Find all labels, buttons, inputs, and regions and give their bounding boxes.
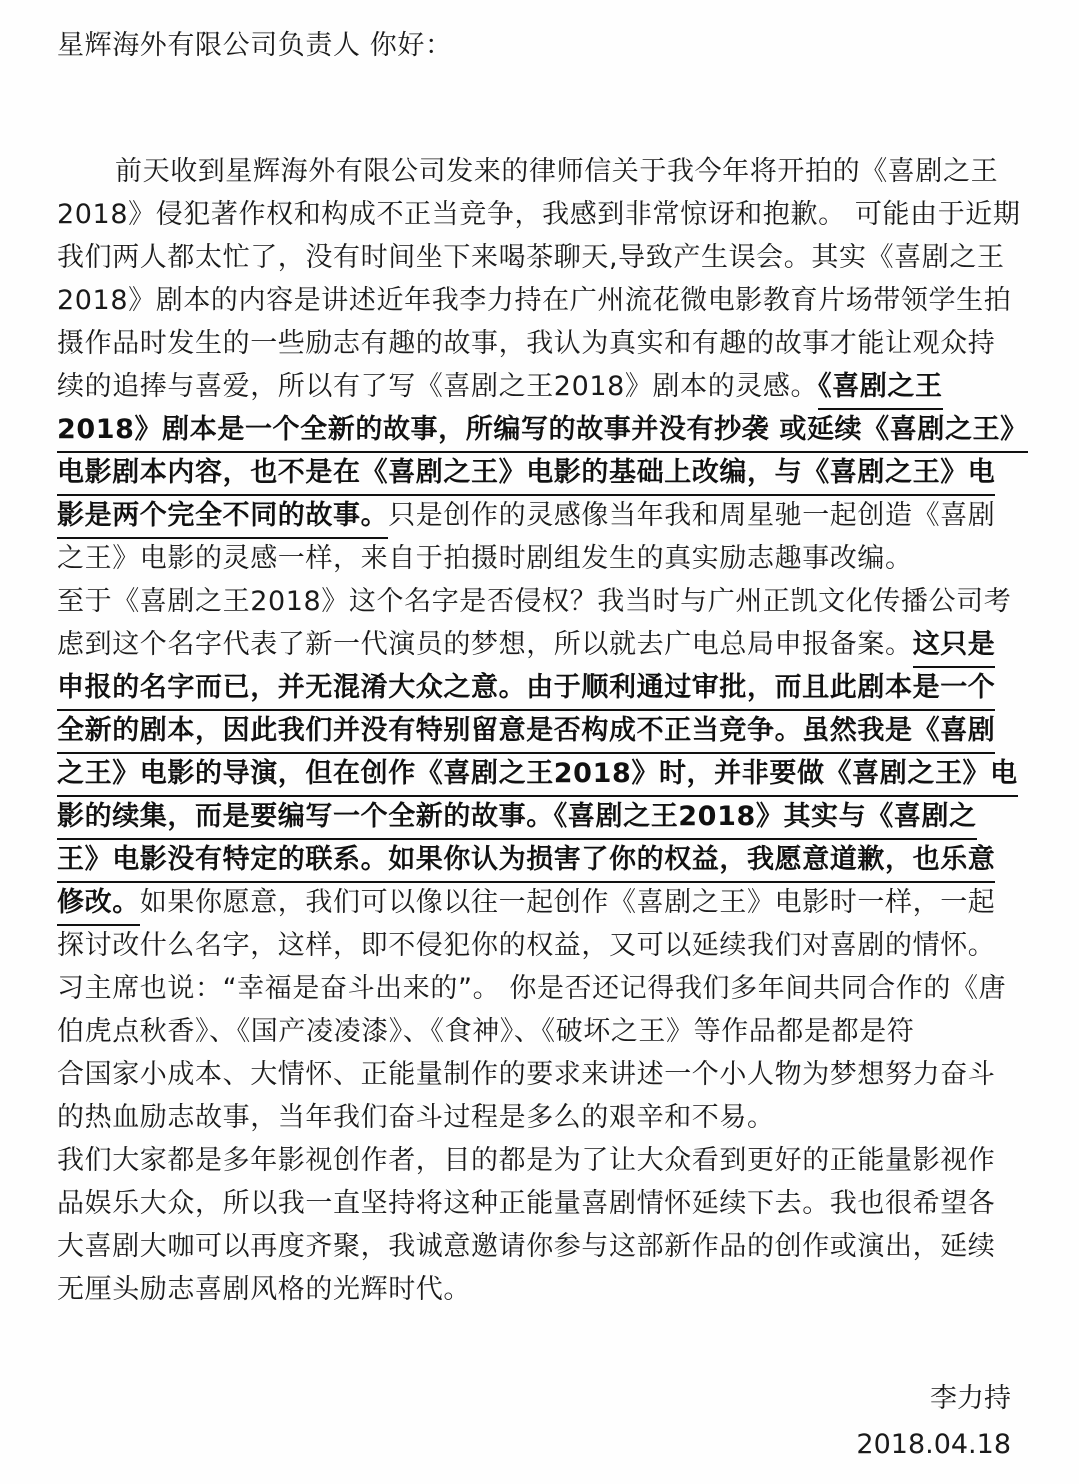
- body-text: 无厘头励志喜剧风格的光辉时代。: [57, 1274, 471, 1305]
- letter-line: 我们大家都是多年影视创作者，目的都是为了让大众看到更好的正能量影视作: [57, 1144, 995, 1178]
- letter-page: 星辉海外有限公司负责人 你好： 前天收到星辉海外有限公司发来的律师信关于我今年将…: [0, 0, 1079, 1484]
- body-text: 合国家小成本、大情怀、正能量制作的要求来讲述一个小人物为梦想努力奋斗: [57, 1059, 995, 1090]
- body-text: 我们两人都太忙了，没有时间坐下来喝茶聊天,导致产生误会。其实《喜剧之王: [57, 242, 1005, 273]
- letter-line: 影是两个完全不同的故事。只是创作的灵感像当年我和周星驰一起创造《喜剧: [57, 499, 995, 533]
- emphasized-text: 2018》剧本是一个全新的故事，所编写的故事并没有抄袭 或延续《喜剧之王》: [57, 414, 1028, 453]
- letter-line: 续的追捧与喜爱，所以有了写《喜剧之王2018》剧本的灵感。《喜剧之王: [57, 370, 943, 404]
- letter-line: 2018》剧本是一个全新的故事，所编写的故事并没有抄袭 或延续《喜剧之王》: [57, 413, 1028, 447]
- body-text: 大喜剧大咖可以再度齐聚，我诚意邀请你参与这部新作品的创作或演出，延续: [57, 1231, 995, 1262]
- letter-line: 至于《喜剧之王2018》这个名字是否侵权？我当时与广州正凯文化传播公司考: [57, 585, 1011, 619]
- letter-line: 品娱乐大众，所以我一直坚持将这种正能量喜剧情怀延续下去。我也很希望各: [57, 1187, 995, 1221]
- date: 2018.04.18: [856, 1428, 1011, 1462]
- emphasized-text: 这只是: [913, 629, 996, 668]
- body-text: 摄作品时发生的一些励志有趣的故事，我认为真实和有趣的故事才能让观众持: [57, 328, 995, 359]
- letter-line: 之王》电影的灵感一样，来自于拍摄时剧组发生的真实励志趣事改编。: [57, 542, 913, 576]
- letter-line: 大喜剧大咖可以再度齐聚，我诚意邀请你参与这部新作品的创作或演出，延续: [57, 1230, 995, 1264]
- body-text: 探讨改什么名字，这样，即不侵犯你的权益，又可以延续我们对喜剧的情怀。: [57, 930, 995, 961]
- body-text: 品娱乐大众，所以我一直坚持将这种正能量喜剧情怀延续下去。我也很希望各: [57, 1188, 995, 1219]
- emphasized-text: 影的续集，而是要编写一个全新的故事。《喜剧之王2018》其实与《喜剧之: [57, 801, 977, 840]
- body-text: 2018》侵犯著作权和构成不正当竞争，我感到非常惊讶和抱歉。 可能由于近期: [57, 199, 1021, 230]
- body-text: 我们大家都是多年影视创作者，目的都是为了让大众看到更好的正能量影视作: [57, 1145, 995, 1176]
- emphasized-text: 修改。: [57, 887, 140, 926]
- letter-line: 电影剧本内容，也不是在《喜剧之王》电影的基础上改编，与《喜剧之王》电: [57, 456, 995, 490]
- letter-line: 的热血励志故事，当年我们奋斗过程是多么的艰辛和不易。: [57, 1101, 775, 1135]
- letter-line: 我们两人都太忙了，没有时间坐下来喝茶聊天,导致产生误会。其实《喜剧之王: [57, 241, 1005, 275]
- letter-line: 王》电影没有特定的联系。如果你认为损害了你的权益，我愿意道歉，也乐意: [57, 843, 995, 877]
- letter-line: 修改。如果你愿意，我们可以像以往一起创作《喜剧之王》电影时一样，一起: [57, 886, 995, 920]
- letter-line: 影的续集，而是要编写一个全新的故事。《喜剧之王2018》其实与《喜剧之: [57, 800, 977, 834]
- emphasized-text: 全新的剧本，因此我们并没有特别留意是否构成不正当竞争。虽然我是《喜剧: [57, 715, 995, 754]
- emphasized-text: 电影剧本内容，也不是在《喜剧之王》电影的基础上改编，与《喜剧之王》电: [57, 457, 995, 496]
- emphasized-text: 王》电影没有特定的联系。如果你认为损害了你的权益，我愿意道歉，也乐意: [57, 844, 995, 883]
- body-text: 如果你愿意，我们可以像以往一起创作《喜剧之王》电影时一样，一起: [140, 887, 996, 918]
- emphasized-text: 申报的名字而已，并无混淆大众之意。由于顺利通过审批，而且此剧本是一个: [57, 672, 995, 711]
- emphasized-text: 《喜剧之王: [818, 371, 943, 410]
- body-text: 至于《喜剧之王2018》这个名字是否侵权？我当时与广州正凯文化传播公司考: [57, 586, 1011, 617]
- letter-line: 伯虎点秋香》、《国产凌凌漆》、《食神》、《破坏之王》等作品都是都是符: [57, 1015, 914, 1049]
- letter-line: 习主席也说：“幸福是奋斗出来的”。 你是否还记得我们多年间共同合作的《唐: [57, 972, 1006, 1006]
- letter-line: 2018》侵犯著作权和构成不正当竞争，我感到非常惊讶和抱歉。 可能由于近期: [57, 198, 1021, 232]
- letter-line: 虑到这个名字代表了新一代演员的梦想，所以就去广电总局申报备案。这只是: [57, 628, 995, 662]
- letter-line: 前天收到星辉海外有限公司发来的律师信关于我今年将开拍的《喜剧之王: [115, 155, 998, 189]
- body-text: 伯虎点秋香》、《国产凌凌漆》、《食神》、《破坏之王》等作品都是都是符: [57, 1016, 914, 1047]
- letter-line: 无厘头励志喜剧风格的光辉时代。: [57, 1273, 471, 1307]
- letter-line: 申报的名字而已，并无混淆大众之意。由于顺利通过审批，而且此剧本是一个: [57, 671, 995, 705]
- signature: 李力持: [930, 1382, 1011, 1416]
- salutation: 星辉海外有限公司负责人 你好：: [57, 29, 453, 63]
- letter-line: 2018》剧本的内容是讲述近年我李力持在广州流花微电影教育片场带领学生拍: [57, 284, 1011, 318]
- body-text: 只是创作的灵感像当年我和周星驰一起创造《喜剧: [388, 500, 995, 531]
- body-text: 续的追捧与喜爱，所以有了写《喜剧之王2018》剧本的灵感。: [57, 371, 818, 402]
- letter-line: 摄作品时发生的一些励志有趣的故事，我认为真实和有趣的故事才能让观众持: [57, 327, 995, 361]
- body-text: 虑到这个名字代表了新一代演员的梦想，所以就去广电总局申报备案。: [57, 629, 913, 660]
- emphasized-text: 影是两个完全不同的故事。: [57, 500, 388, 539]
- body-text: 前天收到星辉海外有限公司发来的律师信关于我今年将开拍的《喜剧之王: [115, 156, 998, 187]
- body-text: 之王》电影的灵感一样，来自于拍摄时剧组发生的真实励志趣事改编。: [57, 543, 913, 574]
- letter-line: 探讨改什么名字，这样，即不侵犯你的权益，又可以延续我们对喜剧的情怀。: [57, 929, 995, 963]
- letter-line: 全新的剧本，因此我们并没有特别留意是否构成不正当竞争。虽然我是《喜剧: [57, 714, 995, 748]
- emphasized-text: 之王》电影的导演，但在创作《喜剧之王2018》时，并非要做《喜剧之王》电: [57, 758, 1018, 797]
- letter-line: 之王》电影的导演，但在创作《喜剧之王2018》时，并非要做《喜剧之王》电: [57, 757, 1018, 791]
- body-text: 习主席也说：“幸福是奋斗出来的”。 你是否还记得我们多年间共同合作的《唐: [57, 973, 1006, 1004]
- body-text: 的热血励志故事，当年我们奋斗过程是多么的艰辛和不易。: [57, 1102, 775, 1133]
- letter-line: 合国家小成本、大情怀、正能量制作的要求来讲述一个小人物为梦想努力奋斗: [57, 1058, 995, 1092]
- body-text: 2018》剧本的内容是讲述近年我李力持在广州流花微电影教育片场带领学生拍: [57, 285, 1011, 316]
